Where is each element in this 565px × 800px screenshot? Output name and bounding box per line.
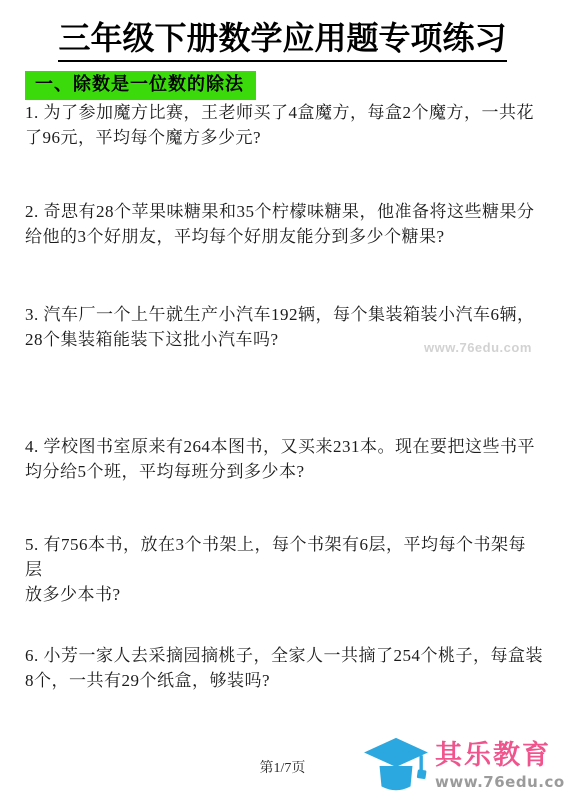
title-wrap: 三年级下册数学应用题专项练习 — [0, 20, 565, 62]
logo-website: www.76edu.com — [435, 773, 565, 791]
section-header: 一、除数是一位数的除法 — [25, 71, 256, 100]
problem-6-line-1: 6. 小芳一家人去采摘园摘桃子，全家人一共摘了254个桃子，每盒装 — [25, 643, 543, 668]
problem-2-line-2: 给他的3个好朋友，平均每个好朋友能分到多少个糖果? — [25, 224, 543, 249]
logo-brand-name: 其乐教育 — [435, 741, 551, 771]
problem-2-line-1: 2. 奇思有28个苹果味糖果和35个柠檬味糖果，他准备将这些糖果分 — [25, 199, 543, 224]
problem-2: 2. 奇思有28个苹果味糖果和35个柠檬味糖果，他准备将这些糖果分 给他的3个好… — [25, 199, 543, 249]
problem-5-line-1: 5. 有756本书，放在3个书架上，每个书架有6层，平均每个书架每层 — [25, 532, 543, 582]
page-title: 三年级下册数学应用题专项练习 — [58, 20, 506, 62]
brand-logo: 其乐教育 www.76edu.com — [362, 736, 565, 796]
problem-4-line-1: 4. 学校图书室原来有264本图书，又买来231本。现在要把这些书平 — [25, 434, 543, 459]
watermark-text: www.76edu.com — [424, 340, 532, 355]
problem-1-line-1: 1. 为了参加魔方比赛，王老师买了4盒魔方，每盒2个魔方，一共花 — [25, 100, 543, 125]
problem-6-line-2: 8个，一共有29个纸盒，够装吗? — [25, 668, 543, 693]
problem-6: 6. 小芳一家人去采摘园摘桃子，全家人一共摘了254个桃子，每盒装 8个，一共有… — [25, 643, 543, 693]
problem-3-line-1: 3. 汽车厂一个上午就生产小汽车192辆，每个集装箱装小汽车6辆， — [25, 302, 543, 327]
logo-text-block: 其乐教育 www.76edu.com — [435, 741, 565, 791]
problem-5: 5. 有756本书，放在3个书架上，每个书架有6层，平均每个书架每层 放多少本书… — [25, 532, 543, 607]
problem-5-line-2: 放多少本书? — [25, 582, 543, 607]
problem-4-line-2: 均分给5个班，平均每班分到多少本? — [25, 459, 543, 484]
worksheet-page: 三年级下册数学应用题专项练习 一、除数是一位数的除法 1. 为了参加魔方比赛，王… — [0, 0, 565, 800]
problem-1: 1. 为了参加魔方比赛，王老师买了4盒魔方，每盒2个魔方，一共花 了96元，平均… — [25, 100, 543, 150]
problem-4: 4. 学校图书室原来有264本图书，又买来231本。现在要把这些书平 均分给5个… — [25, 434, 543, 484]
problem-1-line-2: 了96元，平均每个魔方多少元? — [25, 125, 543, 150]
graduation-cap-icon — [362, 736, 430, 796]
